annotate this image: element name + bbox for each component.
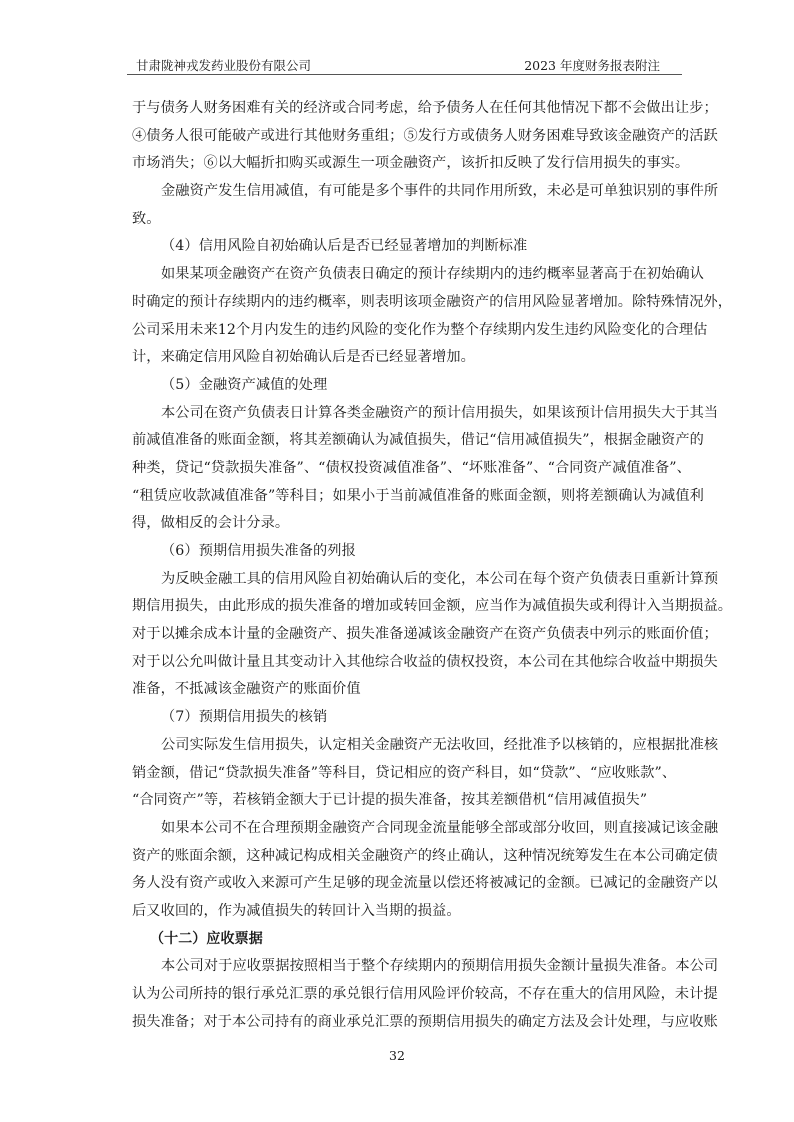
text-line: 得，做相反的会计分录。 (132, 510, 708, 538)
text-line: 认为公司所持的银行承兑汇票的承兑银行信用风险评价较高，不存在重大的信用风险，未计… (132, 981, 708, 1009)
paragraph-credit-impairment: 金融资产发生信用减值，有可能是多个事件的共同作用所致，未必是可单独识别的事件所 … (132, 178, 708, 233)
paragraph-significant-increase: 如果某项金融资产在资产负债表日确定的预计存续期内的违约概率显著高于在初始确认 时… (132, 261, 708, 372)
text-line: “合同资产”等，若核销金额大于已计提的损失准备，按其差额借机“信用减值损失” (132, 787, 708, 815)
text-line: 后又收回的，作为减值损失的转回计入当期的损益。 (132, 898, 708, 926)
text-line: 准备，不抵减该金融资产的账面价值 (132, 676, 708, 704)
text-line: 市场消失；⑥以大幅折扣购买或源生一项金融资产，该折扣反映了发行信用损失的事实。 (132, 150, 708, 178)
text-line: 如果本公司不在合理预期金融资产合同现金流量能够全部或部分收回，则直接减记该金融 (132, 815, 708, 843)
text-line: 销金额，借记“贷款损失准备”等科目，贷记相应的资产科目，如“贷款”、“应收账款”… (132, 760, 708, 788)
text-line: 种类，贷记“贷款损失准备”、“债权投资减值准备”、“坏账准备”、“合同资产减值准… (132, 455, 708, 483)
text-line: 对于以公允叫做计量且其变动计入其他综合收益的债权投资，本公司在其他综合收益中期损… (132, 649, 708, 677)
company-name: 甘肃陇神戎发药业股份有限公司 (136, 56, 311, 74)
text-line: 时确定的预计存续期内的违约概率，则表明该项金融资产的信用风险显著增加。除特殊情况… (132, 289, 708, 317)
text-line: 本公司在资产负债表日计算各类金融资产的预计信用损失，如果该预计信用损失大于其当 (132, 400, 708, 428)
text-line: 于与债务人财务困难有关的经济或合同考虑，给予债务人在任何其他情况下都不会做出让步… (132, 95, 708, 123)
text-line: 公司实际发生信用损失，认定相关金融资产无法收回，经批准予以核销的，应根据批准核 (132, 732, 708, 760)
page-number: 32 (0, 1048, 794, 1063)
document-body: 于与债务人财务困难有关的经济或合同考虑，给予债务人在任何其他情况下都不会做出让步… (132, 95, 708, 1036)
text-line: 资产的账面余额，这种减记构成相关金融资产的终止确认，这种情况统筹发生在本公司确定… (132, 843, 708, 871)
header-divider (127, 74, 682, 75)
text-line: 如果某项金融资产在资产负债表日确定的预计存续期内的违约概率显著高于在初始确认 (132, 261, 708, 289)
text-line: 期信用损失，由此形成的损失准备的增加或转回金额，应当作为减值损失或利得计入当期损… (132, 593, 708, 621)
text-line: 金融资产发生信用减值，有可能是多个事件的共同作用所致，未必是可单独识别的事件所 (132, 178, 708, 206)
text-line: 前减值准备的账面金额，将其差额确认为减值损失，借记“信用减值损失”，根据金融资产… (132, 427, 708, 455)
text-line: 公司采用未来12个月内发生的违约风险的变化作为整个存续期内发生违约风险变化的合理… (132, 317, 708, 345)
text-line: 损失准备；对于本公司持有的商业承兑汇票的预期信用损失的确定方法及会计处理，与应收… (132, 1009, 708, 1037)
paragraph-notes-receivable: 本公司对于应收票据按照相当于整个存续期内的预期信用损失金额计量损失准备。本公司 … (132, 953, 708, 1036)
paragraph-debtor-concession: 于与债务人财务困难有关的经济或合同考虑，给予债务人在任何其他情况下都不会做出让步… (132, 95, 708, 178)
report-title: 2023 年度财务报表附注 (524, 56, 660, 74)
section-heading-6: （6）预期信用损失准备的列报 (132, 538, 708, 566)
page-header: 甘肃陇神戎发药业股份有限公司 2023 年度财务报表附注 (132, 50, 664, 78)
paragraph-direct-write-down: 如果本公司不在合理预期金融资产合同现金流量能够全部或部分收回，则直接减记该金融 … (132, 815, 708, 926)
text-line: 为反映金融工具的信用风险自初始确认后的变化，本公司在每个资产负债表日重新计算预 (132, 566, 708, 594)
text-line: 致。 (132, 206, 708, 234)
section-heading-7: （7）预期信用损失的核销 (132, 704, 708, 732)
text-line: ④债务人很可能破产或进行其他财务重组；⑤发行方或债务人财务困难导致该金融资产的活… (132, 123, 708, 151)
section-heading-4: （4）信用风险自初始确认后是否已经显著增加的判断标准 (132, 233, 708, 261)
paragraph-impairment-treatment: 本公司在资产负债表日计算各类金融资产的预计信用损失，如果该预计信用损失大于其当 … (132, 400, 708, 538)
text-line: 计，来确定信用风险自初始确认后是否已经显著增加。 (132, 344, 708, 372)
text-line: “租赁应收款减值准备”等科目；如果小于当前减值准备的账面金额，则将差额确认为减值… (132, 483, 708, 511)
paragraph-loss-allowance-presentation: 为反映金融工具的信用风险自初始确认后的变化，本公司在每个资产负债表日重新计算预 … (132, 566, 708, 704)
text-line: 务人没有资产或收入来源可产生足够的现金流量以偿还将被减记的金额。已减记的金融资产… (132, 870, 708, 898)
paragraph-write-off: 公司实际发生信用损失，认定相关金融资产无法收回，经批准予以核销的，应根据批准核 … (132, 732, 708, 815)
text-line: 本公司对于应收票据按照相当于整个存续期内的预期信用损失金额计量损失准备。本公司 (132, 953, 708, 981)
section-heading-notes-receivable: （十二）应收票据 (132, 926, 708, 954)
text-line: 对于以摊余成本计量的金融资产、损失准备递减该金融资产在资产负债表中列示的账面价值… (132, 621, 708, 649)
section-heading-5: （5）金融资产减值的处理 (132, 372, 708, 400)
